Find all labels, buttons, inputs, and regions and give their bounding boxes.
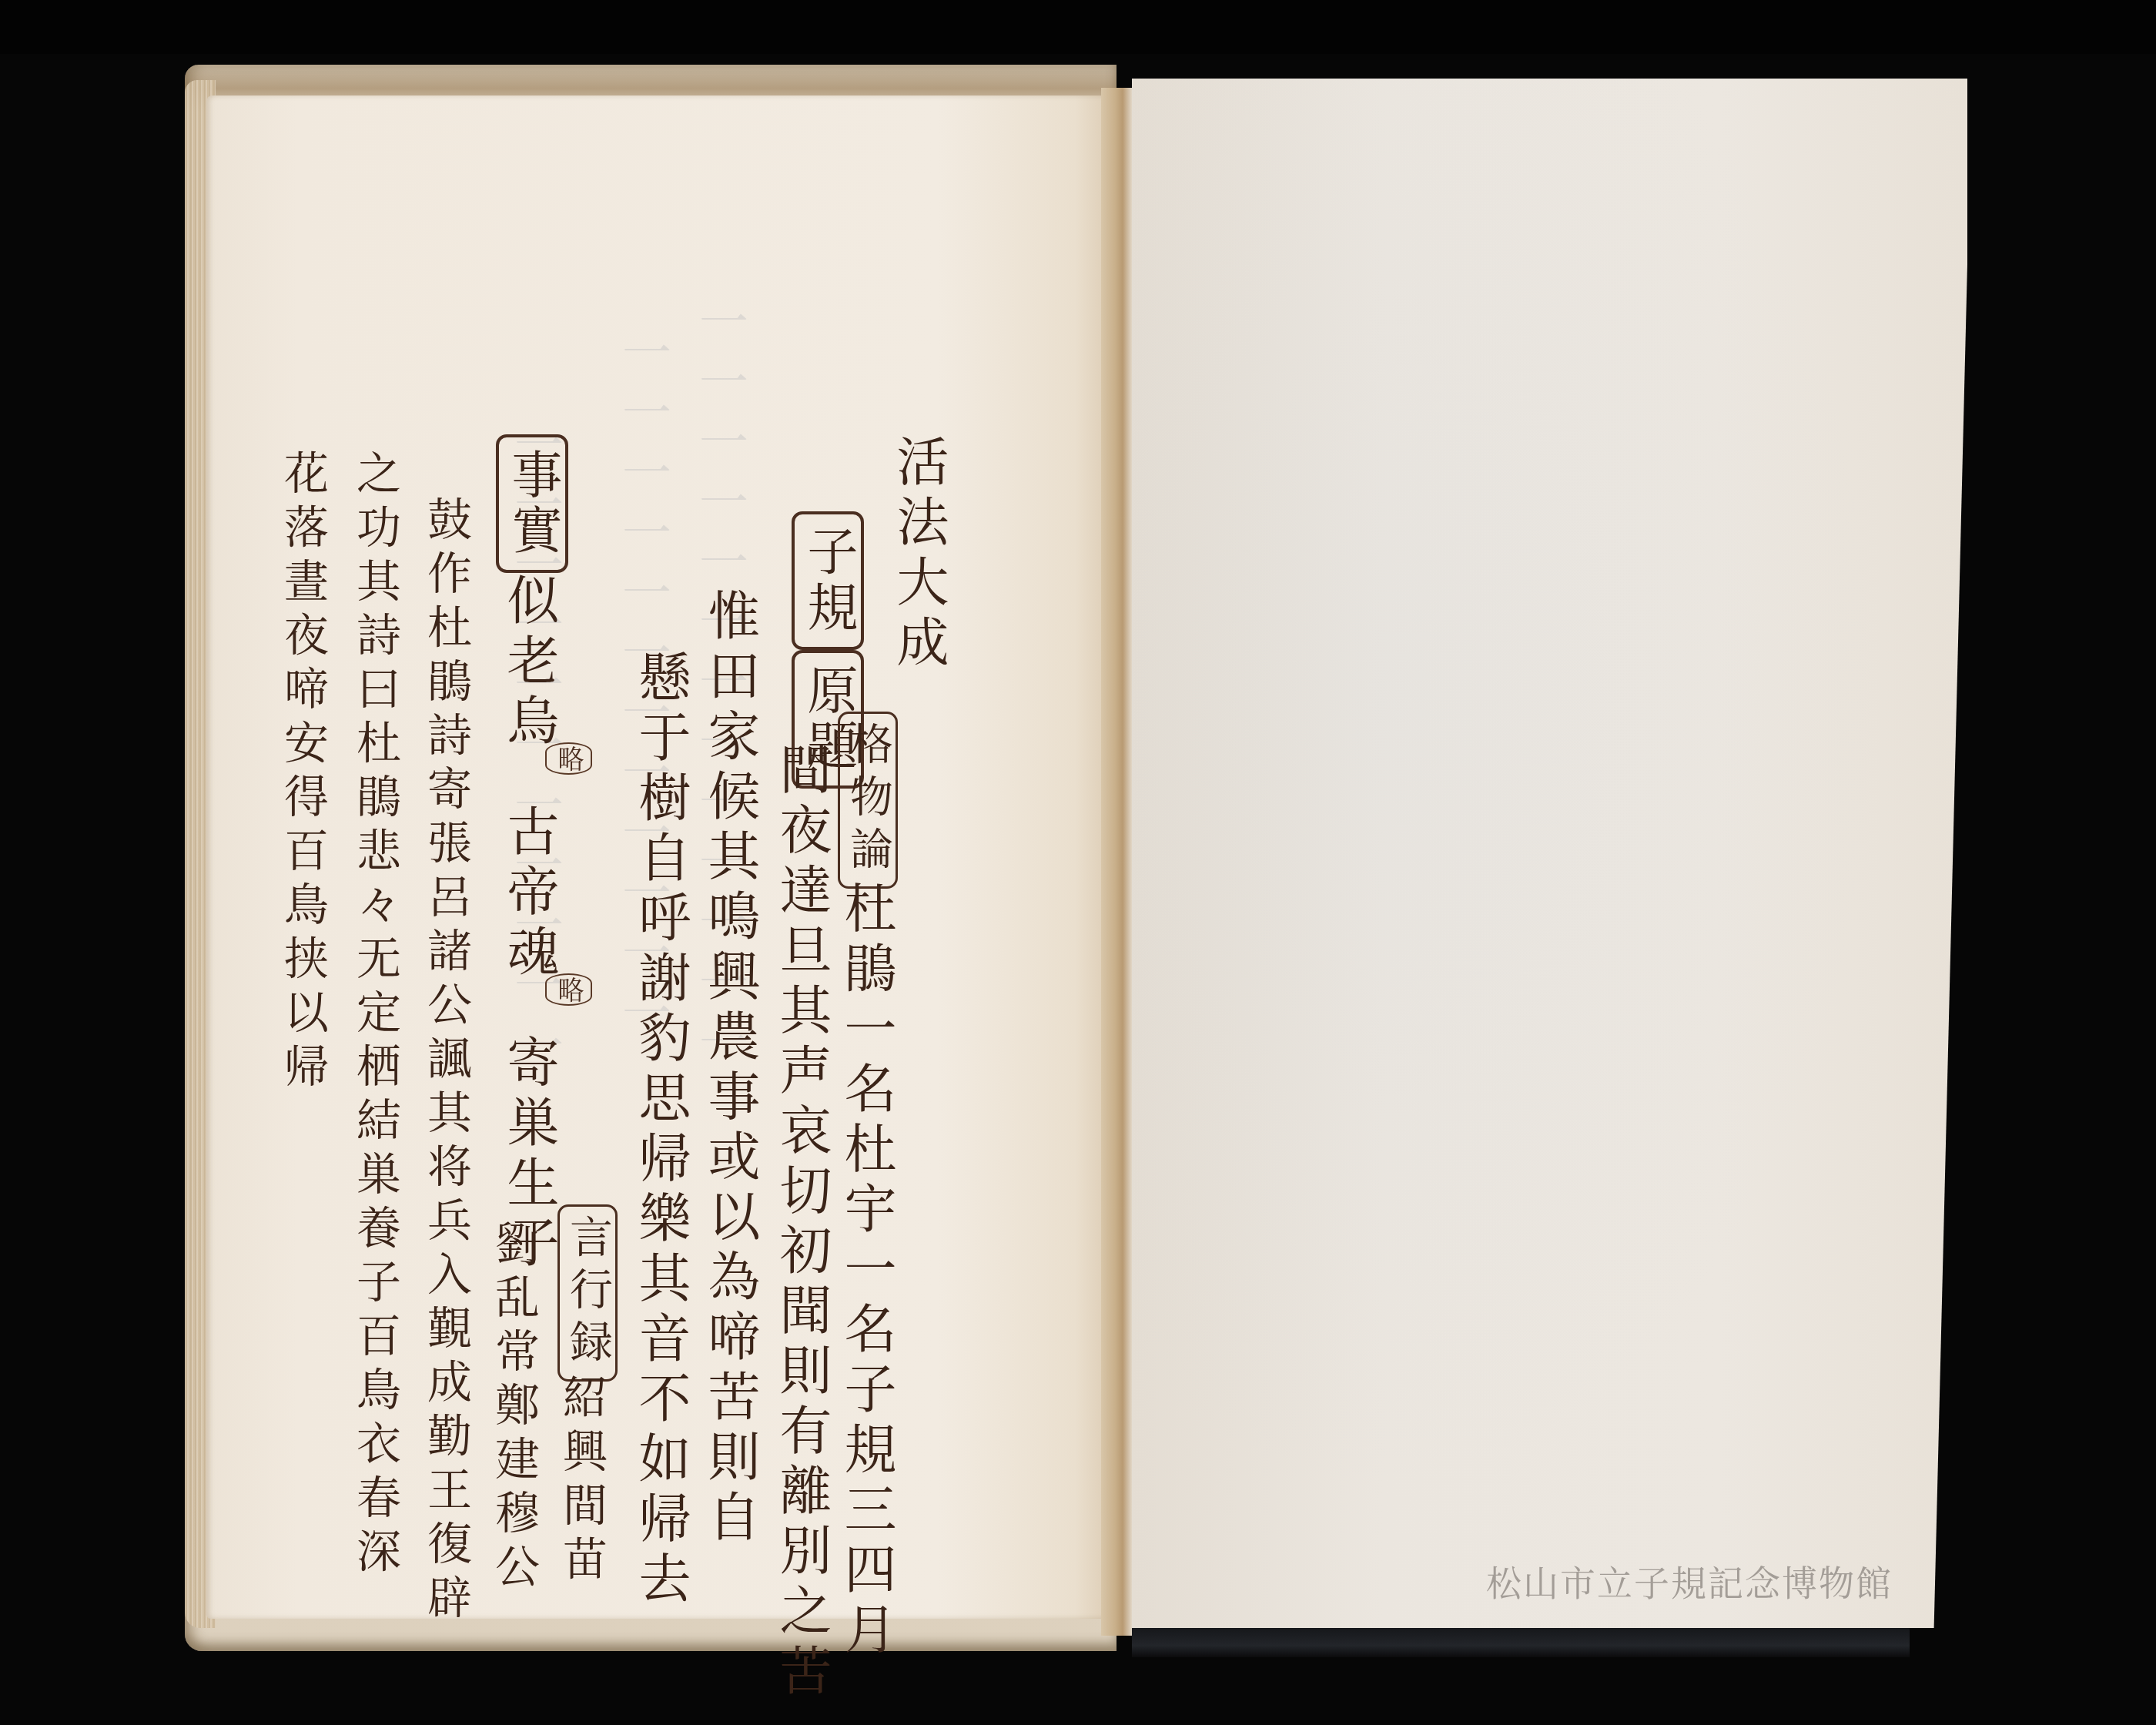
- left-page: 一一一一一一一一一一一一一 一一一一一一一一一一一一 一一一一一一一一一一一 活…: [206, 95, 1121, 1619]
- label-kakubutsuron: 格物論: [838, 712, 898, 889]
- museum-watermark: 松山市立子規記念博物館: [1486, 1556, 1893, 1606]
- book-spine-gutter: [1101, 88, 1132, 1636]
- right-page-blank: [1132, 79, 1967, 1628]
- annotation-ryaku-1: 略: [545, 742, 592, 775]
- label-genkoroku: 言行録: [557, 1204, 618, 1382]
- heading-box-shiki: 子規: [792, 511, 864, 650]
- manuscript-column-8: 鼓作杜鵑詩寄張呂諸公諷其将兵入覲成勤王復辟: [423, 496, 468, 1628]
- open-book: 一一一一一一一一一一一一一 一一一一一一一一一一一一 一一一一一一一一一一一 活…: [185, 65, 2002, 1651]
- manuscript-column-7: 劉乱常鄭建穆公: [491, 1220, 536, 1597]
- manuscript-column-9: 之功其詩曰杜鵑悲々无定栖結巣養子百鳥衣春深: [353, 450, 397, 1582]
- annotation-ryaku-2: 略: [545, 973, 592, 1006]
- label-jijitsu: 事實: [496, 434, 568, 573]
- manuscript-column-4: 懸于樹自呼謝豹思帰樂其音不如帰去: [634, 650, 686, 1611]
- manuscript-column-5a: 似老烏: [502, 573, 554, 753]
- manuscript-column-10: 花落晝夜啼安得百鳥挟以帰: [280, 450, 325, 1097]
- manuscript-title: 活法大成: [892, 434, 944, 675]
- manuscript-column-6: 紹興間苗: [559, 1374, 604, 1589]
- manuscript-column-1: 杜鵑一名杜宇一名子規三四月: [839, 881, 892, 1662]
- manuscript-column-2: 間夜達旦其声哀切初聞則有離別之苦: [775, 742, 827, 1703]
- display-stand: [1132, 1628, 1910, 1657]
- manuscript-column-3: 惟田家候其鳴興農事或以為啼苦則自: [703, 588, 755, 1549]
- top-background: [0, 0, 2156, 54]
- manuscript-column-5b: 古帝魂: [502, 804, 554, 984]
